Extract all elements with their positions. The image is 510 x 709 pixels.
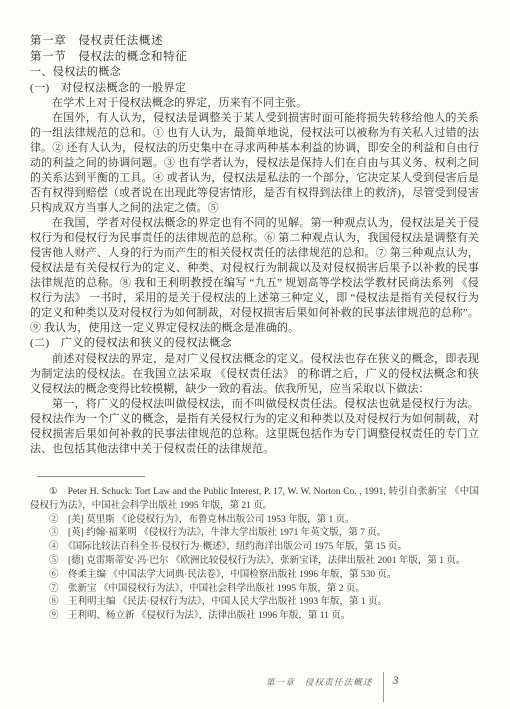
body-paragraph: 在学术上对于侵权法概念的界定，历来有不同主张。	[30, 96, 479, 111]
body-paragraph: 第一，将广义的侵权法叫做侵权法，而不叫做侵权责任法。侵权法也就是侵权行为法。侵权…	[30, 397, 479, 457]
sub-heading-1-1: (一) 对侵权法概念的一般界定	[30, 81, 479, 97]
footnote-separator-rule	[37, 476, 145, 477]
sub-heading-1-2: (二) 广义的侵权法和狭义的侵权法概念	[30, 336, 479, 352]
section-heading: 第一节 侵权法的概念和特征	[30, 49, 479, 65]
page-number: 3	[393, 672, 399, 688]
footnote-3: ③ [英] 约翰·福莱明 《侵权行为法》，牛津大学出版社 1971 年英文版，第…	[30, 527, 479, 541]
footnotes-section: ① Peter H. Schuck: Tort Law and the Publ…	[30, 476, 479, 624]
body-paragraph: 在国外，有人认为，侵权法是调整关于某人受到损害时面可能将损失转移给他人的关系的一…	[30, 111, 479, 216]
footnote-1: ① Peter H. Schuck: Tort Law and the Publ…	[30, 486, 479, 514]
page-content: 第一章 侵权责任法概述 第一节 侵权法的概念和特征 一、侵权法的概念 (一) 对…	[30, 33, 479, 457]
footnote-7: ⑦ 张新宝 《中国侵权行为法》，中国社会科学出版社 1995 年版，第 2 页。	[30, 583, 479, 597]
page-footer: 第一章 侵权责任法概述 3	[266, 672, 398, 702]
body-paragraph: 前述对侵权法的界定，是对广义侵权法概念的定义。侵权法也存在狭义的概念，即表现为制…	[30, 352, 479, 397]
footnote-2: ② [美] 莫里斯 《论侵权行为》，布鲁克林出版公司 1953 年版，第 1 页…	[30, 514, 479, 528]
book-page: 第一章 侵权责任法概述 第一节 侵权法的概念和特征 一、侵权法的概念 (一) 对…	[0, 0, 510, 709]
footnote-9: ⑨ 王利明、杨立新 《侵权行为法》，法律出版社 1996 年版，第 11 页。	[30, 610, 479, 624]
footnote-6: ⑥ 佟柔主编 《中国法学大词典·民法卷》，中国检察出版社 1996 年版，第 5…	[30, 569, 479, 583]
body-paragraph: 在我国，学者对侵权法概念的界定也有不同的见解。第一种观点认为，侵权法是关于侵权行…	[30, 216, 479, 336]
sub-heading-1: 一、侵权法的概念	[30, 65, 479, 81]
footnote-4: ④ 《国际比较法百科全书·侵权行为·概述》，纽约海洋出版公司 1975 年版，第…	[30, 541, 479, 555]
footnote-8: ⑧ 王利明主编 《民法·侵权行为法》，中国人民大学出版社 1993 年版，第 1…	[30, 596, 479, 610]
footnote-5: ⑤ [德] 克雷斯蒂安·冯·巴尔 《欧洲比较侵权行为法》，张新宝译，法律出版社 …	[30, 555, 479, 569]
footer-chapter-label: 第一章 侵权责任法概述	[266, 672, 373, 688]
chapter-heading: 第一章 侵权责任法概述	[30, 33, 479, 49]
footer-divider-line	[383, 672, 384, 702]
